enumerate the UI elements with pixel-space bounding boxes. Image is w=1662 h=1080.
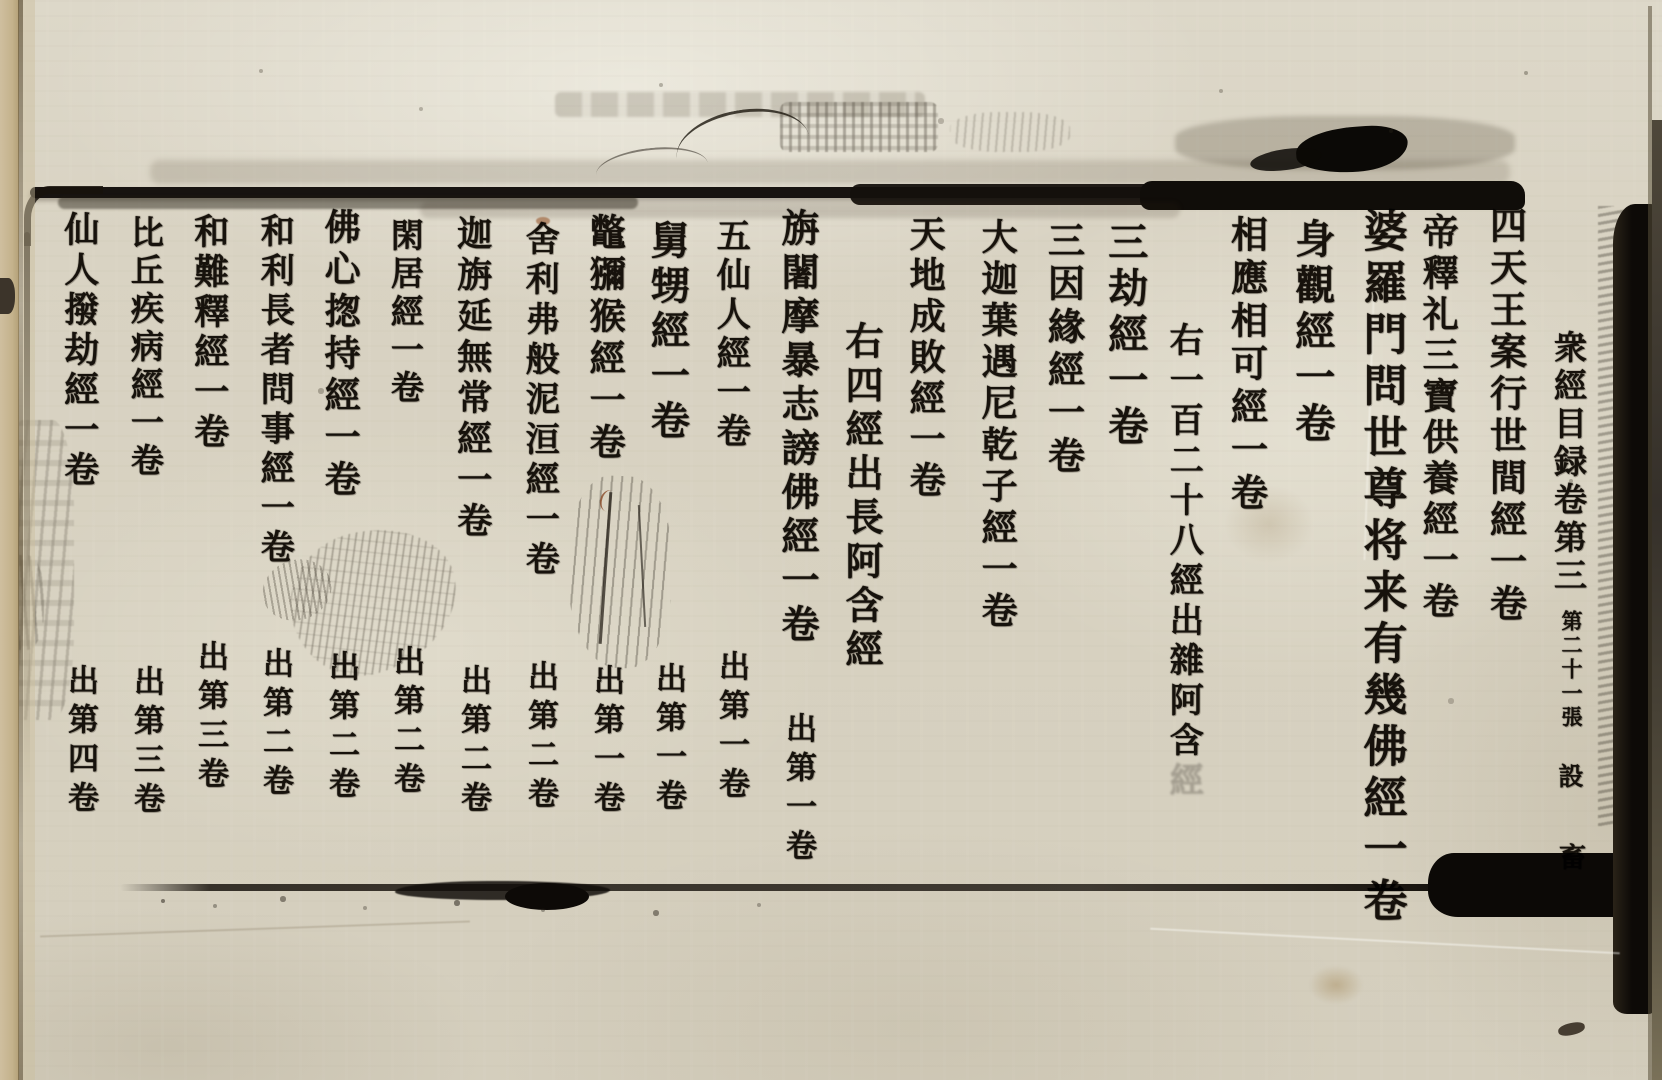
sutra-entry-column: 和利長者問事經一卷 bbox=[257, 213, 291, 569]
sutra-entry-column: 三劫經一卷 bbox=[1105, 221, 1145, 451]
sutra-entry-column: 帝釋礼三寶供養經一卷 bbox=[1420, 213, 1456, 623]
sutra-title-text: 右一百二十八經出雜阿含 bbox=[1163, 322, 1203, 762]
sutra-title-text: 仙人撥劫經一卷 bbox=[59, 211, 100, 491]
sutra-entry-column: 迦旃延無常經一卷 bbox=[455, 215, 490, 543]
sutra-title-text: 和利長者問事經一卷 bbox=[254, 213, 294, 569]
sutra-title-text: 和難釋經一卷 bbox=[189, 213, 230, 453]
edge-ink-blob bbox=[0, 278, 15, 314]
sutra-title-text: 鼈獼猴經一卷 bbox=[584, 213, 626, 465]
sutra-title-text: 比丘疾病經一卷 bbox=[126, 215, 165, 481]
source-fascicle-note: 出第一卷 bbox=[715, 650, 746, 806]
source-fascicle-note: 出第二卷 bbox=[325, 650, 356, 806]
sutra-title-text: 舅甥經一卷 bbox=[644, 220, 690, 445]
manuscript-scan: 四天王案行世間經一卷帝釋礼三寶供養經一卷婆羅門問世尊将来有幾佛經一卷身觀經一卷相… bbox=[0, 0, 1662, 1080]
sutra-entry-column: 佛心揔持經一卷 bbox=[322, 208, 358, 502]
sutra-title-text: 四天王案行世間經一卷 bbox=[1484, 206, 1528, 626]
source-fascicle-note: 出第四卷 bbox=[64, 664, 95, 820]
sutra-entry-column: 婆羅門問世尊将来有幾佛經一卷 bbox=[1358, 208, 1402, 929]
sutra-entry-column: 旃闍摩暴志謗佛經一卷 bbox=[778, 208, 816, 648]
sutra-entry-column: 和難釋經一卷 bbox=[192, 213, 227, 453]
printed-text-layer: 四天王案行世間經一卷帝釋礼三寶供養經一卷婆羅門問世尊将来有幾佛經一卷身觀經一卷相… bbox=[0, 0, 1662, 1080]
sutra-title-text: 旃闍摩暴志謗佛經一卷 bbox=[775, 208, 820, 648]
sutra-entry-column: 五仙人經一卷 bbox=[713, 218, 747, 452]
scan-edge-shadow bbox=[1652, 120, 1662, 1080]
sutra-title-text: 五仙人經一卷 bbox=[710, 218, 750, 452]
sutra-title-text: 帝釋礼三寶供養經一卷 bbox=[1417, 213, 1459, 623]
faded-character: 經 bbox=[1163, 762, 1203, 802]
source-fascicle-note: 出第二卷 bbox=[524, 660, 555, 816]
sutra-title-text: 三因緣經一卷 bbox=[1042, 221, 1086, 479]
sutra-entry-column: 仙人撥劫經一卷 bbox=[62, 211, 97, 491]
margin-collation-mark-lower: 畜 bbox=[1556, 843, 1583, 870]
sutra-title-text: 婆羅門問世尊将来有幾佛經一卷 bbox=[1355, 208, 1406, 929]
margin-collation-mark-upper: 設 bbox=[1557, 763, 1582, 788]
source-fascicle-note: 出第二卷 bbox=[457, 664, 488, 820]
sutra-entry-column: 比丘疾病經一卷 bbox=[129, 215, 162, 481]
sutra-entry-column: 身觀經一卷 bbox=[1292, 218, 1332, 448]
source-fascicle-note: 出第二卷 bbox=[259, 647, 290, 803]
book-gutter-edge bbox=[0, 0, 19, 1080]
sutra-entry-column: 舍利弗般泥洹經一卷 bbox=[522, 221, 556, 581]
source-fascicle-note: 出第一卷 bbox=[652, 662, 683, 818]
source-fascicle-note: 出第三卷 bbox=[194, 640, 225, 796]
section-summary-column: 右一百二十八經出雜阿含經 bbox=[1166, 322, 1200, 802]
sutra-title-text: 三劫經一卷 bbox=[1102, 221, 1149, 451]
source-fascicle-note: 出第二卷 bbox=[390, 645, 421, 801]
source-fascicle-note: 出第一卷 bbox=[590, 664, 621, 820]
sutra-entry-column: 天地成敗經一卷 bbox=[907, 215, 943, 502]
sutra-entry-column: 相應相可經一卷 bbox=[1228, 215, 1265, 516]
section-summary-column: 右四經出長阿含經 bbox=[842, 321, 880, 673]
margin-sheet-number: 第二十一張 bbox=[1561, 610, 1582, 730]
sutra-title-text: 迦旃延無常經一卷 bbox=[452, 215, 493, 543]
source-fascicle-note: 出第一卷 bbox=[782, 712, 813, 868]
sutra-title-text: 舍利弗般泥洹經一卷 bbox=[519, 221, 559, 581]
sutra-entry-column: 大迦葉遇尼乾子經一卷 bbox=[979, 218, 1015, 633]
sutra-title-text: 佛心揔持經一卷 bbox=[319, 208, 361, 502]
source-fascicle-note: 出第三卷 bbox=[130, 665, 161, 821]
page-edge-strip bbox=[23, 0, 35, 1080]
sutra-entry-column: 舅甥經一卷 bbox=[647, 220, 686, 445]
sutra-title-text: 大迦葉遇尼乾子經一卷 bbox=[976, 218, 1018, 633]
sutra-title-text: 身觀經一卷 bbox=[1289, 218, 1336, 448]
sutra-entry-column: 四天王案行世間經一卷 bbox=[1487, 206, 1524, 626]
margin-canon-title: 衆經目録卷第三 bbox=[1552, 330, 1585, 596]
sutra-title-text: 閑居經一卷 bbox=[386, 218, 425, 408]
sutra-title-text: 右四經出長阿含經 bbox=[839, 321, 884, 673]
sutra-title-text: 天地成敗經一卷 bbox=[904, 215, 946, 502]
sutra-entry-column: 三因緣經一卷 bbox=[1045, 221, 1082, 479]
sutra-entry-column: 鼈獼猴經一卷 bbox=[587, 213, 623, 465]
sutra-entry-column: 閑居經一卷 bbox=[389, 218, 422, 408]
sutra-title-text: 相應相可經一卷 bbox=[1225, 215, 1269, 516]
